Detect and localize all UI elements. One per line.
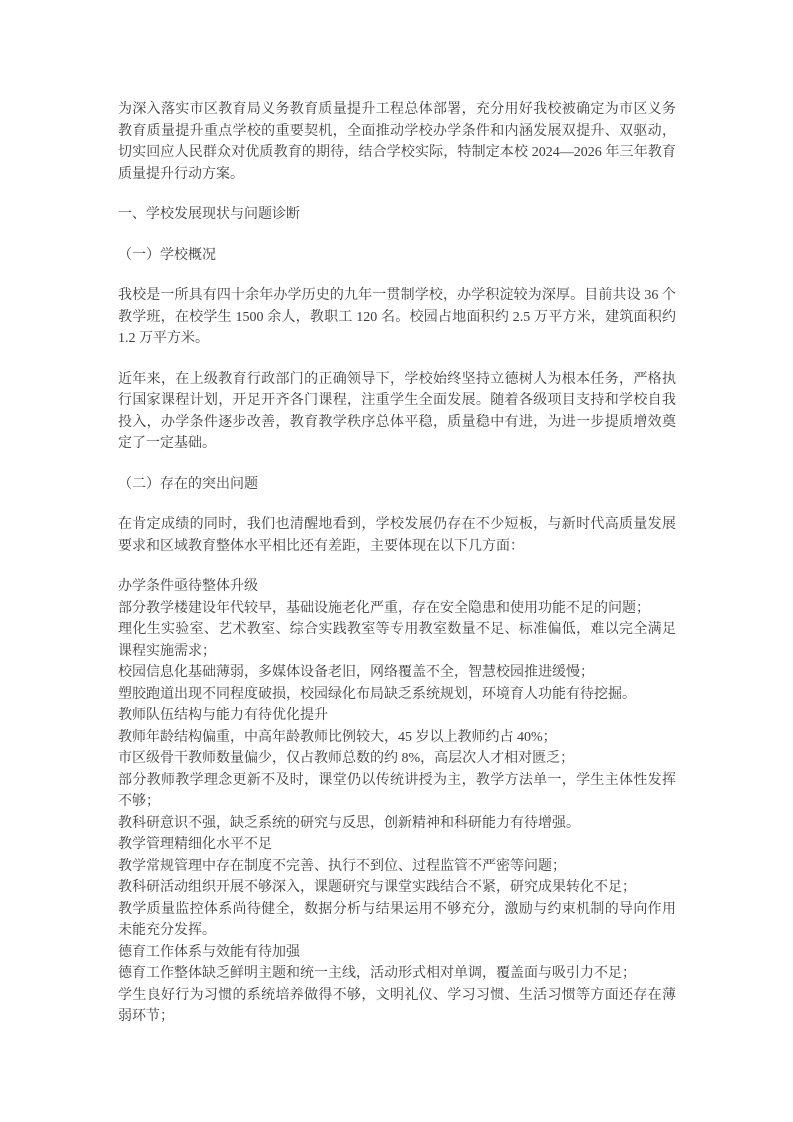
problem-line: 教师年龄结构偏重，中高年龄教师比例较大，45 岁以上教师约占 40%； — [118, 727, 676, 749]
problem-line: 理化生实验室、艺术教室、综合实践教室等专用教室数量不足、标准偏低，难以完全满足课… — [118, 619, 676, 662]
problem-line: 学生良好行为习惯的系统培养做得不够，文明礼仪、学习习惯、生活习惯等方面还存在薄弱… — [118, 985, 676, 1028]
problem-category-heading: 办学条件亟待整体升级 — [118, 576, 676, 598]
problems-list: 办学条件亟待整体升级 部分教学楼建设年代较早，基础设施老化严重，存在安全隐患和使… — [118, 576, 676, 1028]
problem-category-heading: 德育工作体系与效能有待加强 — [118, 942, 676, 964]
problem-line: 德育工作整体缺乏鲜明主题和统一主线，活动形式相对单调，覆盖面与吸引力不足； — [118, 963, 676, 985]
problem-line: 校园信息化基础薄弱，多媒体设备老旧，网络覆盖不全，智慧校园推进缓慢； — [118, 662, 676, 684]
problems-intro-paragraph: 在肯定成绩的同时，我们也清醒地看到，学校发展仍存在不少短板，与新时代高质量发展要… — [118, 514, 676, 557]
overview-paragraph-2: 近年来，在上级教育行政部门的正确领导下，学校始终坚持立德树人为根本任务，严格执行… — [118, 369, 676, 455]
problem-line: 教科研活动组织开展不够深入，课题研究与课堂实践结合不紧，研究成果转化不足； — [118, 877, 676, 899]
problem-line: 教学常规管理中存在制度不完善、执行不到位、过程监管不严密等问题； — [118, 856, 676, 878]
section1-heading: 一、学校发展现状与问题诊断 — [118, 204, 676, 226]
problem-line: 市区级骨干教师数量偏少，仅占教师总数的约 8%，高层次人才相对匮乏； — [118, 748, 676, 770]
document-page: 为深入落实市区教育局义务教育质量提升工程总体部署，充分用好我校被确定为市区义务教… — [0, 0, 793, 1122]
subsection-overview-heading: （一）学校概况 — [118, 245, 676, 267]
problem-line: 教科研意识不强，缺乏系统的研究与反思，创新精神和科研能力有待增强。 — [118, 813, 676, 835]
subsection-problems-heading: （二）存在的突出问题 — [118, 474, 676, 496]
problem-line: 教学质量监控体系尚待健全，数据分析与结果运用不够充分，激励与约束机制的导向作用未… — [118, 899, 676, 942]
intro-paragraph: 为深入落实市区教育局义务教育质量提升工程总体部署，充分用好我校被确定为市区义务教… — [118, 99, 676, 185]
problem-line: 部分教师教学理念更新不及时，课堂仍以传统讲授为主，教学方法单一，学生主体性发挥不… — [118, 770, 676, 813]
problem-line: 塑胶跑道出现不同程度破损，校园绿化布局缺乏系统规划，环境育人功能有待挖掘。 — [118, 684, 676, 706]
problem-category-heading: 教师队伍结构与能力有待优化提升 — [118, 705, 676, 727]
overview-paragraph-1: 我校是一所具有四十余年办学历史的九年一贯制学校，办学积淀较为深厚。目前共设 36… — [118, 285, 676, 350]
document-content: 为深入落实市区教育局义务教育质量提升工程总体部署，充分用好我校被确定为市区义务教… — [0, 0, 793, 1028]
problem-category-heading: 教学管理精细化水平不足 — [118, 834, 676, 856]
problem-line: 部分教学楼建设年代较早，基础设施老化严重，存在安全隐患和使用功能不足的问题； — [118, 598, 676, 620]
